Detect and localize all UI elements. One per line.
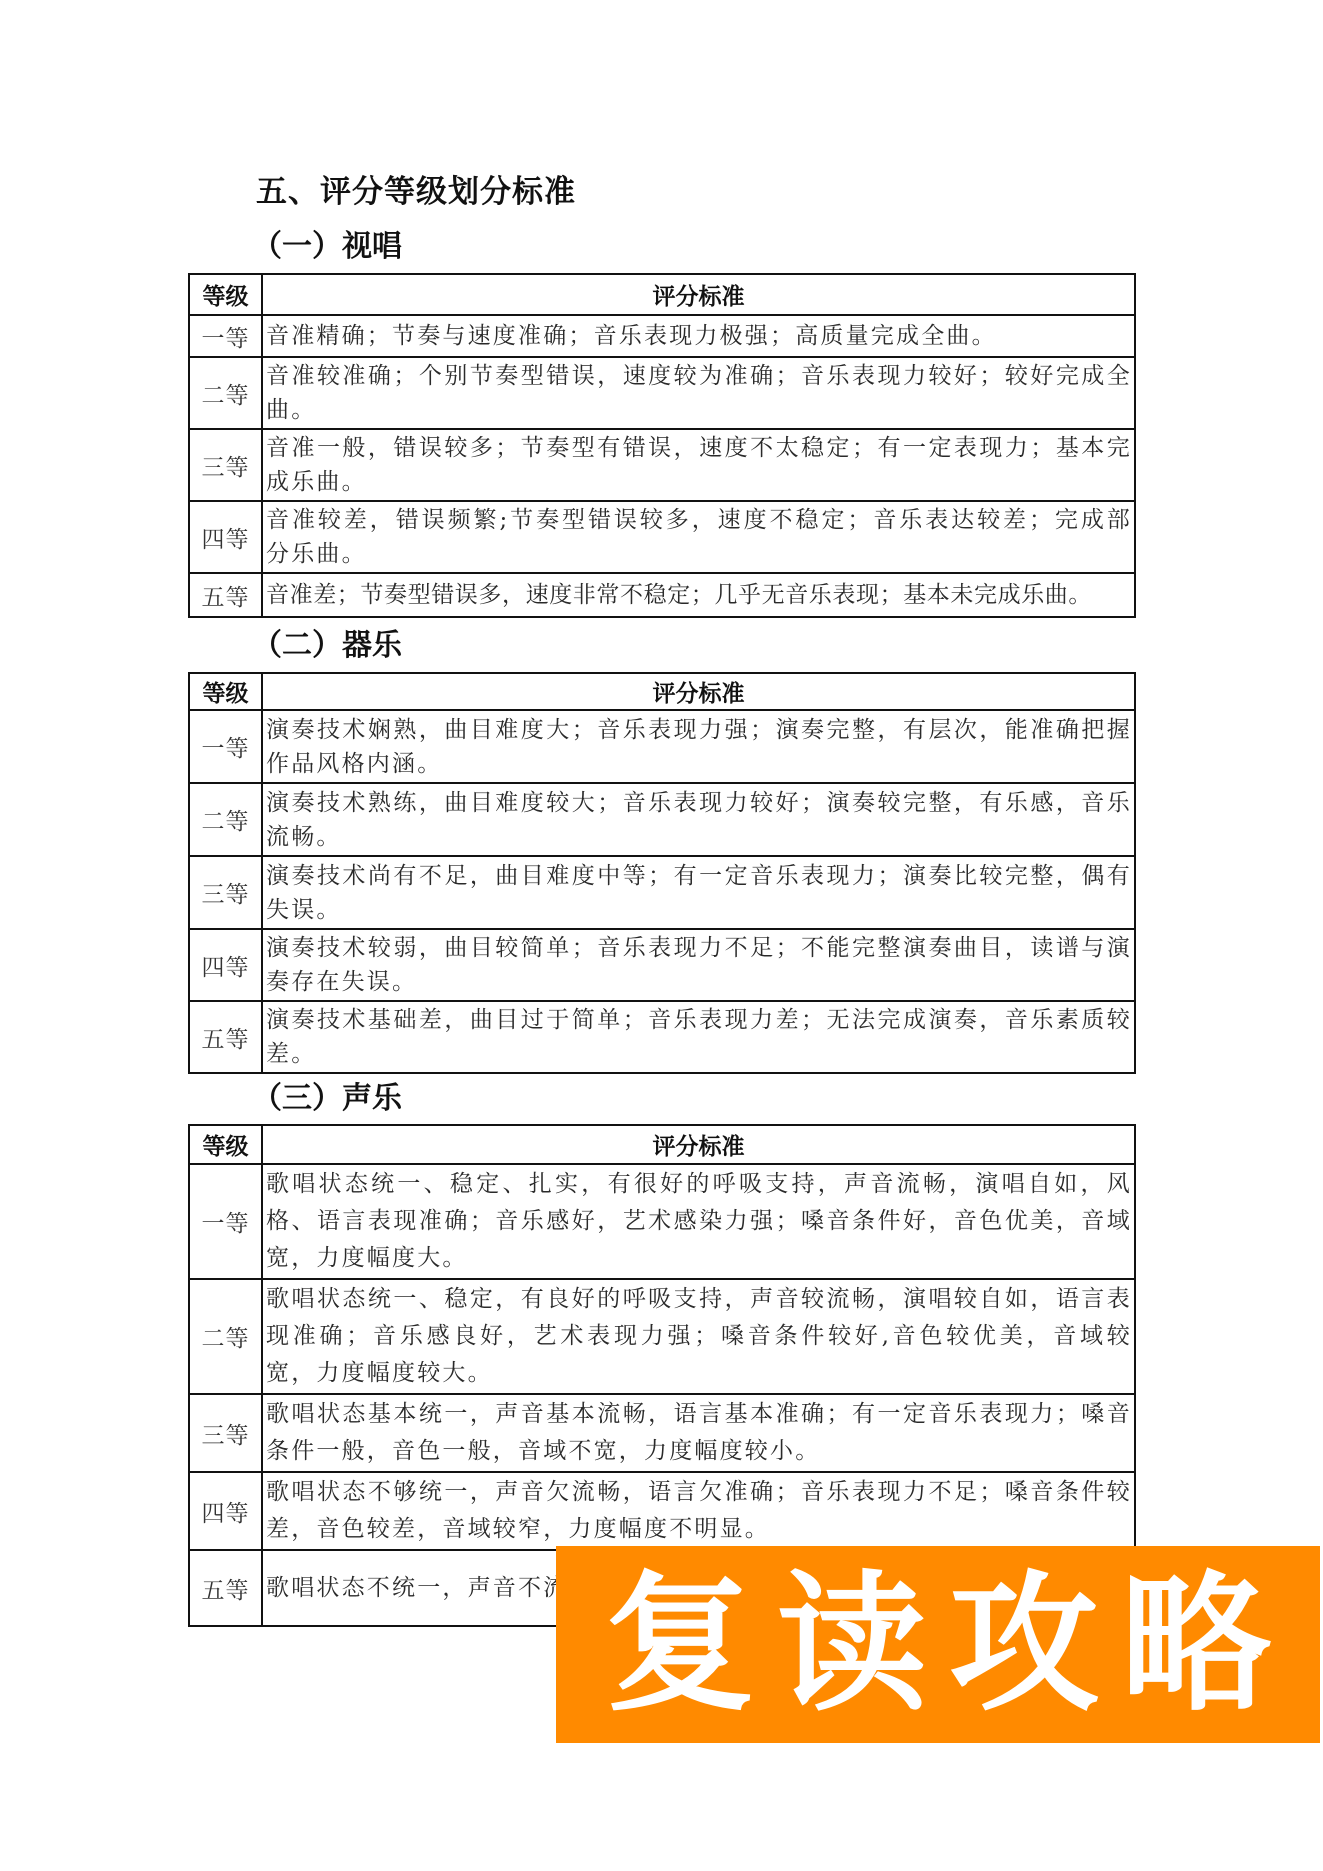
watermark-banner: 复读攻略 xyxy=(556,1546,1320,1743)
table-row: 二等 歌唱状态统一、稳定，有良好的呼吸支持，声音较流畅，演唱较自如，语言表现准确… xyxy=(189,1279,1135,1394)
grade-cell: 二等 xyxy=(189,357,262,429)
criteria-cell: 歌唱状态统一、稳定、扎实，有很好的呼吸支持，声音流畅，演唱自如，风格、语言表现准… xyxy=(262,1164,1135,1279)
table-row: 二等 音准较准确；个别节奏型错误，速度较为准确；音乐表现力较好；较好完成全曲。 xyxy=(189,357,1135,429)
grade-cell: 一等 xyxy=(189,710,262,783)
grade-cell: 四等 xyxy=(189,501,262,573)
table-row: 四等 音准较差，错误频繁;节奏型错误较多，速度不稳定；音乐表达较差；完成部分乐曲… xyxy=(189,501,1135,573)
criteria-cell: 歌唱状态统一、稳定，有良好的呼吸支持，声音较流畅，演唱较自如，语言表现准确；音乐… xyxy=(262,1279,1135,1394)
column-header-criteria: 评分标准 xyxy=(262,673,1135,710)
criteria-cell: 音准差；节奏型错误多，速度非常不稳定；几乎无音乐表现；基本未完成乐曲。 xyxy=(262,573,1135,617)
criteria-cell: 演奏技术娴熟，曲目难度大；音乐表现力强；演奏完整，有层次，能准确把握作品风格内涵… xyxy=(262,710,1135,783)
criteria-cell: 演奏技术熟练，曲目难度较大；音乐表现力较好；演奏较完整，有乐感，音乐流畅。 xyxy=(262,783,1135,856)
table-row: 五等 演奏技术基础差，曲目过于简单；音乐表现力差；无法完成演奏，音乐素质较差。 xyxy=(189,1001,1135,1073)
criteria-cell: 音准较准确；个别节奏型错误，速度较为准确；音乐表现力较好；较好完成全曲。 xyxy=(262,357,1135,429)
criteria-cell: 演奏技术基础差，曲目过于简单；音乐表现力差；无法完成演奏，音乐素质较差。 xyxy=(262,1001,1135,1073)
grade-cell: 四等 xyxy=(189,1472,262,1550)
table-row: 四等 演奏技术较弱，曲目较简单；音乐表现力不足；不能完整演奏曲目，读谱与演奏存在… xyxy=(189,929,1135,1001)
column-header-criteria: 评分标准 xyxy=(262,1125,1135,1164)
table-row: 一等 音准精确；节奏与速度准确；音乐表现力极强；高质量完成全曲。 xyxy=(189,315,1135,357)
section-heading-sight-singing: （一）视唱 xyxy=(252,228,402,266)
grade-cell: 一等 xyxy=(189,315,262,357)
table-header-row: 等级 评分标准 xyxy=(189,673,1135,710)
grade-cell: 二等 xyxy=(189,783,262,856)
grade-cell: 四等 xyxy=(189,929,262,1001)
grade-cell: 三等 xyxy=(189,856,262,929)
criteria-cell: 音准精确；节奏与速度准确；音乐表现力极强；高质量完成全曲。 xyxy=(262,315,1135,357)
grade-cell: 二等 xyxy=(189,1279,262,1394)
table-header-row: 等级 评分标准 xyxy=(189,274,1135,315)
column-header-grade: 等级 xyxy=(189,1125,262,1164)
grading-table-instrumental: 等级 评分标准 一等 演奏技术娴熟，曲目难度大；音乐表现力强；演奏完整，有层次，… xyxy=(188,672,1136,1074)
table-row: 一等 演奏技术娴熟，曲目难度大；音乐表现力强；演奏完整，有层次，能准确把握作品风… xyxy=(189,710,1135,783)
table-row: 二等 演奏技术熟练，曲目难度较大；音乐表现力较好；演奏较完整，有乐感，音乐流畅。 xyxy=(189,783,1135,856)
section-heading-instrumental: （二）器乐 xyxy=(252,627,402,665)
table-header-row: 等级 评分标准 xyxy=(189,1125,1135,1164)
section-heading-vocal: （三）声乐 xyxy=(252,1080,402,1118)
grade-cell: 五等 xyxy=(189,1001,262,1073)
table-row: 三等 音准一般，错误较多；节奏型有错误，速度不太稳定；有一定表现力；基本完成乐曲… xyxy=(189,429,1135,501)
watermark-text: 复读攻略 xyxy=(583,1565,1293,1725)
criteria-cell: 歌唱状态不够统一，声音欠流畅，语言欠准确；音乐表现力不足；嗓音条件较差，音色较差… xyxy=(262,1472,1135,1550)
page-title: 五、评分等级划分标准 xyxy=(256,172,576,212)
grade-cell: 三等 xyxy=(189,1394,262,1472)
table-row: 四等 歌唱状态不够统一，声音欠流畅，语言欠准确；音乐表现力不足；嗓音条件较差，音… xyxy=(189,1472,1135,1550)
grade-cell: 三等 xyxy=(189,429,262,501)
column-header-grade: 等级 xyxy=(189,673,262,710)
criteria-cell: 音准一般，错误较多；节奏型有错误，速度不太稳定；有一定表现力；基本完成乐曲。 xyxy=(262,429,1135,501)
column-header-criteria: 评分标准 xyxy=(262,274,1135,315)
grading-table-sight-singing: 等级 评分标准 一等 音准精确；节奏与速度准确；音乐表现力极强；高质量完成全曲。… xyxy=(188,273,1136,618)
table-row: 一等 歌唱状态统一、稳定、扎实，有很好的呼吸支持，声音流畅，演唱自如，风格、语言… xyxy=(189,1164,1135,1279)
criteria-cell: 演奏技术较弱，曲目较简单；音乐表现力不足；不能完整演奏曲目，读谱与演奏存在失误。 xyxy=(262,929,1135,1001)
grade-cell: 五等 xyxy=(189,573,262,617)
grade-cell: 五等 xyxy=(189,1550,262,1626)
criteria-cell: 音准较差，错误频繁;节奏型错误较多，速度不稳定；音乐表达较差；完成部分乐曲。 xyxy=(262,501,1135,573)
column-header-grade: 等级 xyxy=(189,274,262,315)
criteria-cell: 歌唱状态基本统一，声音基本流畅，语言基本准确；有一定音乐表现力；嗓音条件一般，音… xyxy=(262,1394,1135,1472)
criteria-cell: 演奏技术尚有不足，曲目难度中等；有一定音乐表现力；演奏比较完整，偶有失误。 xyxy=(262,856,1135,929)
table-row: 五等 音准差；节奏型错误多，速度非常不稳定；几乎无音乐表现；基本未完成乐曲。 xyxy=(189,573,1135,617)
table-row: 三等 歌唱状态基本统一，声音基本流畅，语言基本准确；有一定音乐表现力；嗓音条件一… xyxy=(189,1394,1135,1472)
grade-cell: 一等 xyxy=(189,1164,262,1279)
table-row: 三等 演奏技术尚有不足，曲目难度中等；有一定音乐表现力；演奏比较完整，偶有失误。 xyxy=(189,856,1135,929)
